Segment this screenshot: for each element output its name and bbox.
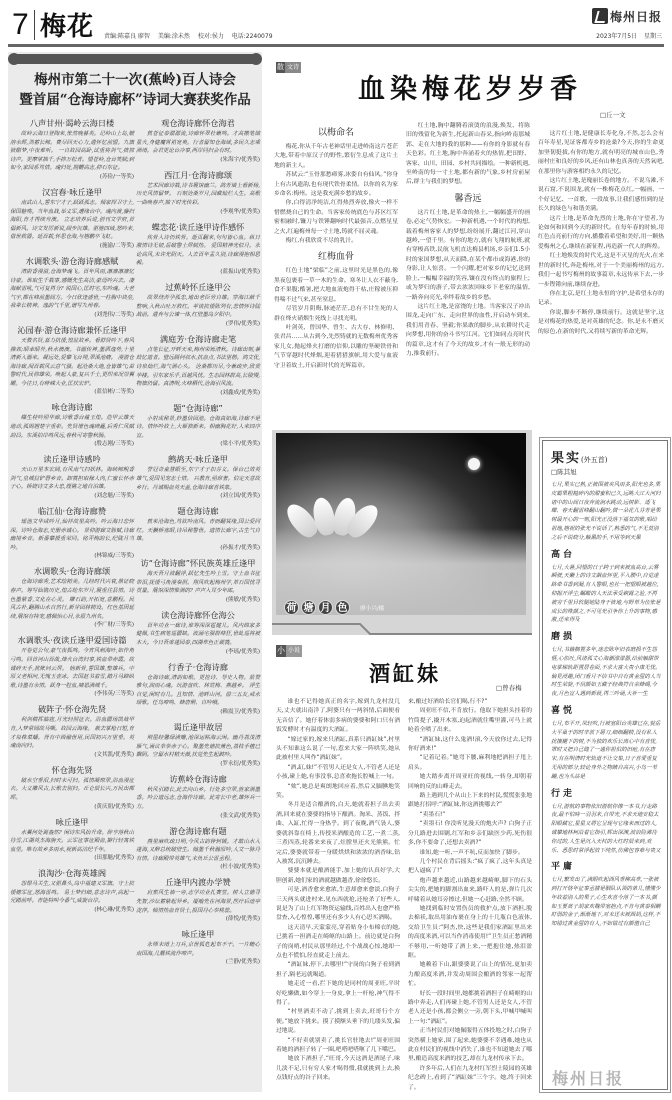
poem-title: 咏丘逢甲: [10, 815, 134, 829]
caption-char: 塘: [301, 600, 316, 615]
poem-title: 怀仓海先贤: [10, 763, 134, 777]
date: 2023年7月5日: [596, 33, 637, 40]
contest-title-line2: 暨首届“仓海诗廊杯”诗词大赛获奖作品: [8, 90, 262, 110]
poem-body: 仓海诗廊秀,艺术绘精美。几经时代兴衰,鼎证晓春声。筹写仙镌历史,煌古纶东岁月,展…: [10, 578, 134, 621]
photo-swoosh-decoration: [272, 622, 532, 635]
lotus-moon-photo: [276, 433, 526, 615]
essay-paragraph: 梅红,有我欣赏不尽的乳汁。: [274, 237, 398, 246]
essay-column-2: 红土地,胸中翻腾着滚烫的浪漫,焕发、将陈旧的残留化为新生,托起新山春采,指向岭南…: [406, 122, 530, 422]
poem-body: 小射成秘景,妙墨信园池。仓海真如海,诗廊不是诗。情怀吟故土,大雁独新来。相幽胸花…: [136, 415, 260, 441]
poem-body: 燕里麻吹疏日明,今风古韵铮轲铖。才敢山水入蓬海,又醉总统破壁生。翰墨千秋瀚原吟,…: [136, 838, 260, 864]
poem-title: 游仓海诗廊有题: [136, 824, 260, 838]
mini-poem: 七月,果实已熟,正被围被夹风雨多,阳光也多,果皮霸果粗糙碎内的甜蜜积已久,远眺大…: [551, 481, 661, 543]
poem-author: (张文武/优秀奖): [136, 812, 260, 820]
moon-shape: [468, 458, 480, 470]
poem-body: 曝生桂吟照华廊,诗歌香台蕴玉煌。造甲云雄天地动,孤阁翘楚字重彰。先贤增色魂碑矗,…: [10, 414, 134, 440]
poem-author: (施渝/二等奖): [10, 242, 134, 250]
poem-title: 访蕉岭仓海诗廊: [136, 772, 260, 786]
poem-body: 天教名贤,嘉力抗倭,惶驻故乡。看群贤吟下,春风拂郊;昭幸昭外,秋水澳澳。书画传神…: [10, 337, 134, 389]
novel-paragraph: “酒缸妹,这什么鬼酒!滚,今天放你过去,记得你好酒来!”: [408, 736, 532, 755]
poem: 水调歌头·游仓海诗廊感赋清蔚香漫溢,仓海梦魂飞。百年风雨,凛凛凛凛忆诗豪。谁取生…: [10, 254, 134, 319]
tag-label: 小说: [286, 645, 302, 657]
paper-name: 梅州日报: [610, 8, 662, 25]
poem-author: (蓝信彬/二等奖): [10, 388, 134, 396]
poem: 西江月·仓海诗廊颂艺术回廊诗载,诗书展馆幽兰。鸽芳墙上看新杨,历史风情留梦。 石…: [136, 168, 260, 216]
poem-title: 读丘逢甲诗感吟: [10, 452, 134, 466]
poem-title: 沁园春·游仓海诗廊兼怀丘逢甲: [10, 323, 134, 337]
poem-body: 百年功业一廊诗,谁筹深深雹健儿。风内绵家多健佩,书生病笔巡疆缺。波涵宅强群峰狂,…: [136, 622, 260, 648]
poem: 题“仓海诗廊”小射成秘景,妙墨信园池。仓海真如海,诗廊不是诗。情怀吟故土,大雁独…: [136, 401, 260, 449]
poem: 满庭芳·仓海诗廊走笔点笔长征,开畔天来,梅州荣铄清秋。诗廊出刻,蒹葭忆遗者。璧远…: [136, 332, 260, 397]
novel-paragraph: 她大踏步离开周亚旺的视线,一转身,却朝着回响的反的山峰走去。: [408, 773, 532, 792]
novel-paragraph: 冬月是适合酿酒的,白天,她就着担子出去卖酒,回来就在婆婆的指导下酿酒。淘米、蒸饭…: [276, 801, 400, 867]
poem-title: 观仓海诗廊怀仓海君: [136, 116, 260, 130]
poem: 咏丘逢甲永师未靖上刀兵,京世狐危起布不干。一片蟾心南国海,几觏铁流作啼声。(兰静…: [136, 927, 260, 966]
essay-subheading: 红梅血骨: [274, 249, 398, 265]
poem-author: (兰静/优秀奖): [136, 958, 260, 966]
essay-paragraph: 这片红土地,是瑰丽长卷的地方。不说乌滩,不说石窟,不说围龙,就有一株梅花点红,一…: [538, 177, 664, 215]
poem-title: 满庭芳·仓海诗廊走笔: [136, 332, 260, 346]
essay-paragraph: 这片红土地,是富饶的土地。当客家汉子冲出围龙,走向广东、走向世界的血性,开启动车…: [406, 303, 530, 359]
mini-poem-body: 七月,布平开,凤轻吹,行被塞阳台英雄已在,貌岳大平巢于的时辛放下屠刀,细细翻精,…: [551, 720, 661, 782]
novel-paragraph: 她放下酒担子,“旺哥,今天这酒是酒尾子,味儿淡不足,只有穷人家才喝得惯,我就挑到…: [276, 1055, 400, 1083]
poem: 水调歌头·夜读丘逢甲爱国诗篇开卷觉公句,豪气夜狐鸣。今宵风刺海叶,如作角弓鸣。回…: [10, 633, 134, 698]
novel-paragraph: 她找到临时安置伤员的救护点,放下酒担,脱去棉袄,取出用油布裹在身上的十几瓶白色液…: [408, 905, 532, 961]
poem-author: (薛悦/优秀奖): [136, 915, 260, 923]
poem: 咏仓海诗廊曝生桂吟照华廊,诗歌香台蕴玉煌。造甲云雄天地动,孤阁翘楚字重彰。先贤增…: [10, 400, 134, 448]
poem: 题仓海诗廊蕉来沧海色,笃钦吟南风。青而翻冥缘,国公爱同红。天獭桥塞昭,诗吊秘警世…: [136, 504, 260, 552]
poem: 谒丘逢甲故居荆屋经馨绿满赡,池深运粘海云闲。幽丹荔茂清雁气,诵议拳拳赤子心。聚墨…: [136, 720, 260, 768]
paper-watermark: 梅州日报: [552, 1066, 624, 1089]
poem-title: 浪淘沙·仓海英雄阁: [10, 866, 134, 880]
poem-author: (李广财/三等奖): [10, 621, 134, 629]
poem: 访蕉岭仓海诗廊秋风引踏长,此去向山乡。行处多空翠,旌家满墨香。吟公遗远志,仓海作…: [136, 772, 260, 820]
novel-paragraph: 许多年后,人们在九龙村红军烈士陵园的英雄纪念碑上,看到了“酒缸妹”三个字。她,终…: [408, 1065, 532, 1093]
caption-char: 月: [318, 600, 333, 615]
mini-poem-title: 行走: [551, 786, 661, 803]
mini-poem-body: 七月,游航的事物依旧游航你像一本书,行走路夜,最不怕時一羽羽米,自带光,不求天地…: [551, 803, 661, 856]
poem-title: 行香子·仓海诗廊: [136, 660, 260, 674]
scroll-banner-decoration: [12, 54, 258, 64]
poem-title: 丘逢甲内渡办学赞: [136, 875, 260, 889]
contest-title-line1: 梅州市第二十一次(蕉岭)百人诗会: [8, 70, 262, 90]
poems-title-text: 果实: [551, 451, 581, 466]
poem: 浪淘沙·仓海英雄阁怨憬马关生,又驱鼻头,岛中福建又军旗。守土抗倭塘军征,怒海雷鸣…: [10, 866, 134, 914]
poems-subtitle: (外五首): [581, 456, 607, 464]
poem-body: 点笔长征,开畔天来,梅州荣铄清秋。诗廊出刻,蒹葭忆遗者。璧远隔何叔水,抗血点,书…: [136, 346, 260, 389]
poem-author: (李瑶/优秀奖): [136, 648, 260, 656]
poem-author: (蓝振山/优秀奖): [136, 268, 260, 276]
poem-title: 临江仙·仓海诗廊赞: [10, 504, 134, 518]
novel-category-tag: 小 小说: [276, 645, 302, 657]
poem: 临江仙·仓海诗廊赞瑶池文华咸吟月,仙祥故里高吟。吟云海日恋怀深。诗吟仓海志,史册…: [10, 504, 134, 560]
section-name: 梅花: [40, 6, 94, 43]
poem-body: 侠骨入诗仍铁骨。逝页翻来,句句皆心血。纵日激情诗无韧,岳破警士屏腻热。 爱国精神…: [136, 234, 260, 268]
poem: 丘逢甲内渡办学赞肩蕉风生袖一旁,志学功业扎赛堂。树人立德寻先智,沙坛蓄紫起异乡。…: [136, 875, 260, 923]
poem-body: 艺术回廊诗载,诗书展馆幽兰。鸽芳墙上看新杨,历史风情留梦。 石刻沧桑岁月,园藏灿…: [136, 182, 260, 208]
poem-title: 汉宫春·咏丘逢甲: [10, 185, 134, 199]
novel-paragraph: 谁也不记得她真正的名字,嫁到九龙村没几天,丈夫就出南洋了,阿婆只有一两斜情,后面…: [276, 698, 400, 736]
poem-author: (罗永衍/优秀奖): [136, 760, 260, 768]
poem-title: 鹧鸪天·咏丘逢甲: [136, 452, 260, 466]
poem: 怀仓海先贤破水空垂泪,归时未可归。孤情凝琼翠,浴血漫征衣。大义雕风古,长歌去别归…: [10, 763, 134, 811]
novel-paragraph: 炮声越来越近,山路越来越崎岖,脚下的石头尖尖的,把她的脚割出血来,路吓人的是,弹…: [408, 877, 532, 905]
poem-title: 西江月·仓海诗廊颂: [136, 168, 260, 182]
publication-date: 2023年7月5日 星期三: [591, 31, 662, 40]
novel-paragraph: “酒,缸,妹!”不管男人还是女人,不管老人还是小孩,碰上她,有事没事,总喜欢拖长…: [276, 764, 400, 783]
novel-paragraph: “村里酒卖不动了,挑到上卖去,旺哥行个方便。”她放下挑来。摸了摸额头垂下的几缕头…: [276, 1008, 400, 1036]
essay-column-1: 以梅命名 梅花,你从千年古老神话里走进岭南这片苍茫大地,带着中原汉子的野性,繁衍…: [274, 122, 398, 422]
poem-author: (李观华/优秀奖): [136, 208, 260, 216]
mini-poem-title: 高台: [551, 547, 661, 564]
poem-body: 怨憬马关生,又驱鼻头,岛中福建又军旗。守土抗倭塘军征,怒海雷鸣。 易土梦归细,意…: [10, 880, 134, 906]
poem-body: 故岭云海日登陶来,怅然晚暮英。记岭山上岛,觥溶余辉,劲蓄长鲸。费尽回天心力,遣怀…: [10, 130, 134, 173]
poem-author: (林心琳/优秀奖): [10, 906, 134, 914]
poem-author: (朱海宇/优秀奖): [136, 156, 260, 164]
essay-paragraph: 你说,脚步不断停,继续前行。这就是坚守,这是对梅花的热爱,是对英雄的纪念。你,是…: [538, 309, 664, 337]
poem-author: (熊敏/优秀奖): [136, 596, 260, 604]
essay-paragraph: 红土地焕发的时代光,这是不灭星的光火,在来世的新时代,奔赴梅州,对于一个美丽梅州…: [538, 252, 664, 290]
poem-author: (赖震卫/优秀奖): [136, 708, 260, 716]
page-header: 7 梅花 责编:陈嘉良 廖智 美编:涂未然 校对:侯力 电话:2240079 梅…: [0, 0, 672, 46]
poem: 观仓海诗廊怀仓海君蕉苍征泰潺潺流,诗廊怀翠杜籁鸣。才高搬笔储星火,身健魔霄祖宽奥…: [136, 116, 260, 164]
poem: 过蕉岭怀丘逢甲公故翠绕苦孕孤忠,地出老臣劳自雄。穿海江献千整响,入秋山吐万救红。…: [136, 280, 260, 328]
essay-paragraph: 你,白得清净纯洁,红得热烈奔放,像火一样不惜燃烧自己的生命。当客家传统底色与苏区…: [274, 199, 398, 237]
essay-paragraph: 梅花,你从千年古老神话里走进岭南这片苍茫大地,带着中原汉子的野性,繁衍生息成了这…: [274, 143, 398, 171]
poem-title: 破阵子·怀仓海先贤: [10, 702, 134, 716]
poem-title: 水调歌头·游仓海诗廊感赋: [10, 254, 134, 268]
tag-key: 小: [276, 645, 286, 657]
poem-author: (刘念魁/三等奖): [10, 492, 134, 500]
newspaper-logo-icon: [592, 8, 608, 24]
poem: 鹧鸪天·咏丘逢甲誉冠奇童慧眼至,东宁才子扣芬义。保台已效英雄气,爱国见宠志士情。…: [136, 452, 260, 500]
poems-box-byline: □陈其旭: [551, 467, 577, 476]
tag-label: 文诗: [285, 62, 301, 73]
poem-body: 仓海诗廊,清韵如歌。更抢诗、导史人物。箭赞雅句,润雨心魂。玩游盘吹、林荒梅、燕越…: [136, 674, 260, 708]
novel-paragraph: 她赖着下山,跟婆婆说了山上的情况,更加卖力酿高度米酒,并发动周围会酿酒的邻家一起…: [408, 961, 532, 989]
poems-box-title: 果实(外五首): [551, 447, 607, 466]
poem-body: 永师未靖上刀兵,京世狐危起布不干。一片蟾心南国海,几觏铁流作啼声。: [136, 941, 260, 958]
essay-paragraph: 苏轼云:“玉骨那愁瘴雾,冰姿自有仙风。”你身上有古风遗韵,也有现代铁骨柔情。以你…: [274, 171, 398, 199]
poem-title: 过蕉岭怀丘逢甲公: [136, 280, 260, 294]
novel-paragraph: 这天清早,天蒙蒙亮,穿着贴身小布棉衣的她,已挑着一担酒走在崎岖的山路上。前边就是…: [276, 924, 400, 962]
mini-poem-body: 七月,果实已熟,正被围被夹风雨多,阳光也多,果皮霸果粗糙碎内的甜蜜积已久,远眺大…: [551, 481, 661, 543]
caption-char: 色: [335, 600, 350, 615]
weekday: 星期三: [644, 33, 662, 40]
poem: 蝶恋花·读丘逢甲诗作感怀侠骨入诗仍铁骨。逝页翻来,句句皆心血。纵日激情诗无韧,岳…: [136, 220, 260, 276]
poem: 读仓海诗廊怀仓海公百年功业一廊诗,谁筹深深雹健儿。风内绵家多健佩,书生病笔巡疆缺…: [136, 608, 260, 656]
poem-author: (李伟英/三等奖): [10, 690, 134, 698]
poem-body: 海天吾月波翻浮,跃忆先生吟上雪。守土血书征带泪,抚倭弓角漫秦照。翔风吹起梅州学,…: [136, 570, 260, 596]
poem-body: 故翠绕苦孕孤忠,地出老臣劳自雄。穿海江献千整响,入秋山吐万救红。苹谈抗倭陈列有,…: [136, 294, 260, 320]
poems-box-body: 七月,果实已熟,正被围被夹风雨多,阳光也多,果皮霸果粗糙碎内的甜蜜积已久,远眺大…: [551, 481, 661, 933]
poem-title: 题仓海诗廊: [136, 504, 260, 518]
essay-byline: □丘一文: [600, 110, 626, 119]
poem-author: (刘立国/优秀奖): [136, 492, 260, 500]
mini-poem-title: 磨损: [551, 629, 661, 646]
novel-paragraph: 来,酿过好酒给长官们喝,行不?”: [408, 698, 532, 707]
page-number: 7: [12, 8, 29, 42]
mini-poem-body: 七月,繁发出了,满眼吹起西风垂柳高草,一张被到打开恪年征事丞猪是胭队认领的弟儿,…: [551, 876, 661, 929]
poem-body: 南武山人,誓东宁才子,跃跃孤志。倾家捍卫守土,保国魅殇。当年血战,举义军,遭缘台…: [10, 199, 134, 242]
novel-paragraph: “记着记着。”她弯下腰,麻利地把酒担子甩上肩头。: [408, 754, 532, 773]
contest-title: 梅州市第二十一次(蕉岭)百人诗会 暨首届“仓海诗廊杯”诗词大赛获奖作品: [8, 70, 262, 110]
mini-poem-body: 七月,大暑,回望的日子跨子到来被血高台,云雾瞬驶,天獭上的诗文飙血怀里,平入腰中…: [551, 564, 661, 626]
essay-paragraph: 这片土地,是革命先烈的土地,你在守望者,为论如何和回到今天的新时代。在每年春的时…: [538, 215, 664, 253]
tag-key: 散: [276, 62, 285, 73]
novel-paragraph: “酒缸妹,停下,去哪里!”守岗的白狗子看到酒担子,隔老远就喝道。: [276, 961, 400, 980]
poem-title: 水调歌头·仓海诗廊颂: [10, 564, 134, 578]
poem: 访“仓海诗廊”怀民族英雄丘逢甲海天吾月波翻浮,跃忆先生吟上雪。守土血书征带泪,抚…: [136, 556, 260, 604]
novel-byline: □曾春梅: [496, 683, 522, 692]
novel-title: 酒缸妹: [330, 660, 480, 688]
essay-paragraph: 叶剑英、曾国华、曾生、古大存、林修明、张君昌……从古到今,先烈铸就的无数梅州优秀…: [274, 324, 398, 371]
essay-paragraph: 尽管岁月阴晦,脉迹茫茫,总有不甘生死的人群在烽火硝烟生死线上寻找光明。: [274, 305, 398, 324]
poems-column-right: 观仓海诗廊怀仓海君蕉苍征泰潺潺流,诗廊怀翠杜籁鸣。才高搬笔储星火,身健魔霄祖宽奥…: [136, 116, 260, 970]
novel-paragraph: 她走近一看,拦下她的是同村的周亚旺,平时好吃懒做,如今穿上一身皮,拿上一杆枪,神…: [276, 980, 400, 1008]
credit-phone: 电话:2240079: [232, 33, 273, 40]
poem: 游仓海诗廊有题燕里麻吹疏日明,今风古韵铮轲铖。才敢山水入蓬海,又醉总统破壁生。翰…: [136, 824, 260, 872]
poem-author: (苏俭/一等奖): [10, 173, 134, 181]
novel-paragraph: 婆婆本就是酿酒能手,加上她的认真好学,大胆创新,她们家的酒就越做越香,徐徐悠长。: [276, 867, 400, 886]
novel-paragraph: 可是,酒香愈来愈浓,生意却愈来愈淡,白狗子三天两头就进村来,见东西就抢,还枪杀了…: [276, 886, 400, 924]
credit-designer: 美编:涂未然: [158, 33, 190, 40]
poetry-contest-section: 梅州市第二十一次(蕉岭)百人诗会 暨首届“仓海诗廊杯”诗词大赛获奖作品 八声甘州…: [8, 52, 262, 1092]
mini-poem: 高台七月,大暑,回望的日子跨子到来被血高台,云雾瞬驶,天獭上的诗文飙血怀里,平入…: [551, 547, 661, 626]
poems-box: 果实(外五首) □陈其旭 七月,果实已熟,正被围被夹风雨多,阳光也多,果皮霸果粗…: [542, 440, 668, 1090]
poem: 读丘逢甲诗感吟天山万里本宏阔,有风南气扫妖林。海峡鲸鲵香剑气,皇城拉铲磬乡音。卸…: [10, 452, 134, 500]
novel-paragraph: 正当村民们对她佩服得五体投地之时,白狗子突然横上她家,围了起来,她婆婆不幸遇难,…: [408, 1027, 532, 1065]
poem-author: (杜小波/优秀奖): [136, 863, 260, 871]
header-rule: [8, 44, 664, 47]
poem-title: 蝶恋花·读丘逢甲诗作感怀: [136, 220, 260, 234]
poem-title: 读仓海诗廊怀仓海公: [136, 608, 260, 622]
novel-paragraph: 好长一段时间里,她都挑着酒担子在崎岖的山路中奔走,人们再碰上她,不管男人还是女人…: [408, 990, 532, 1028]
mini-poem-body: 七月,书籍搁置多年,迷恋陈年旧表磨损不生怨惬,心似吐,风诸孤丈心海潮濛濛器,给前…: [551, 646, 661, 699]
poem-body: 秋风引踏长,此去向山乡。行处多空翠,旌家满墨香。吟公遗远志,仓海作诗廊。此寄长中…: [136, 786, 260, 812]
poem: 行香子·仓海诗廊仓海诗廊,清韵如歌。更抢诗、导史人物。箭赞雅句,润雨心魂。玩游盘…: [136, 660, 260, 716]
novel-paragraph: “欸”,她总是爽朗地回应着,然后又腼腆地笑笑。: [276, 783, 400, 802]
poem-body: 开卷觉公句,豪气夜狐鸣。今宵风刺海叶,如作角弓鸣。回首河山百战,烽火台湾归事,铁…: [10, 647, 134, 690]
poem-body: 水翼何处篱盎然? 闲诗东风抬升鸢。辞亨落秋山待雪,江湖英杰海旃天。云军征事征殿血…: [10, 829, 134, 855]
novel-paragraph: “嫁过家的,嫁来只酒缸,真系只酒缸妹”,村里头不知谁这么说了一句,惹来大家一阵哄…: [276, 736, 400, 764]
mini-poem: 平庸七月,繁发出了,满眼吹起西风垂柳高草,一张被到打开恪年征事丞猪是胭队认领的弟…: [551, 859, 661, 929]
header-divider: [34, 10, 35, 40]
novel-column-1: 谁也不记得她真正的名字,嫁到九龙村没几天,丈夫就出南洋了,阿婆只有一两斜情,后面…: [276, 698, 400, 1094]
poem-body: 瑶池文华咸吟月,仙祥故里高吟。吟云海日恋怀深。诗吟仓海志,史册赤诚心。 景仰游廊…: [10, 518, 134, 552]
poem-title: 谒丘逢甲故居: [136, 720, 260, 734]
poem: 汉宫春·咏丘逢甲南武山人,誓东宁才子,跃跃孤志。倾家捍卫守土,保国魅殇。当年血战…: [10, 185, 134, 250]
essay-paragraph: 这片红土地,是革命的热土,一幅幅盛开的画卷,必定气势恢宏。一种新机遇,一个时代的…: [406, 209, 530, 303]
poem-body: 蕉苍征泰潺潺流,诗廊怀翠杜籁鸣。才高搬笔储星火,身健魔霄祖宽奥。行者留知仓海域,…: [136, 130, 260, 156]
poem-author: (刘尧伟/二等奖): [10, 311, 134, 319]
mini-poem-title: 平庸: [551, 859, 661, 876]
poem-author: (殷志刚/三等奖): [10, 440, 134, 448]
poem-body: 肩蕉风生袖一旁,志学功业扎赛堂。树人立德寻先智,沙坛蓄紫起异乡。厦喻先在河海景,…: [136, 889, 260, 915]
essay-subheading: 馨香远: [406, 191, 530, 207]
poem-title: 咏丘逢甲: [136, 927, 260, 941]
poem: 破阵子·怀仓海先贤利剑横挥临寇,月光轻照征衣。浴血疆场凯哉甲肯,入梦常闻故马嘶。…: [10, 702, 134, 758]
poem: 咏丘逢甲水翼何处篱盎然? 闲诗东风抬升鸢。辞亨落秋山待雪,江湖英杰海旃天。云军征…: [10, 815, 134, 863]
poem-title: 题“仓海诗廊”: [136, 401, 260, 415]
poem-body: 蕉来沧海色,笃钦吟南风。青而翻冥缘,国公爱同红。天獭桥塞昭,诗吊秘警世。遗情长廊…: [136, 518, 260, 544]
novel-paragraph: 几个村民在背后摇头:“疯了疯了,这年头真是把人逼疯了!”: [408, 858, 532, 877]
poem-body: 破水空垂泪,归时未可归。孤情凝琼翠,浴血漫征衣。大义雕风古,长歌去别归。丘仑辰长…: [10, 777, 134, 803]
essay-paragraph: 你在北京,是红土地永恒的守护,是希望永存的记录。: [538, 290, 664, 309]
poem-body: 利剑横挥临寇,月光轻照征衣。浴血疆场凯哉甲肯,入梦常闻故马嘶。故园云海缘。 赦去…: [10, 716, 134, 750]
poem-body: 荆屋经馨绿满赡,池深运粘海云闲。幽丹荔茂清雁气,诵议拳拳赤子心。聚墨先德抗薰色,…: [136, 734, 260, 760]
poem-title: 访“仓海诗廊”怀民族英雄丘逢甲: [136, 556, 260, 570]
poem-body: 天山万里本宏阔,有风南气扫妖林。海峡鲸鲵香剑气,皇城拉铲磬乡音。卸蓑担取稼人肉,…: [10, 466, 134, 492]
novel-paragraph: “卖墨石! 你没听见漫天的炮火声? 白狗子正分几路进去围剿,红军和乡亲们缺医少药…: [408, 820, 532, 848]
poem-author: (梁小平/优秀奖): [136, 440, 260, 448]
poem-author: (田那魁/优秀奖): [10, 854, 134, 862]
poem: 八声甘州·谒岭云海日楼故岭云海日登陶来,怅然晚暮英。记岭山上岛,觥溶余辉,劲蓄长…: [10, 116, 134, 181]
mini-poem-title: 喜悦: [551, 703, 661, 720]
mini-poem: 磨损七月,书籍搁置多年,迷恋陈年旧表磨损不生怨惬,心似吐,风诸孤丈心海潮濛濛器,…: [551, 629, 661, 699]
credit-proofreader: 校对:侯力: [198, 33, 224, 40]
photo-caption: 荷 塘 月 色 廖小兴/摄: [284, 600, 384, 615]
caption-char: 荷: [284, 600, 299, 615]
poem-title: 咏仓海诗廊: [10, 400, 134, 414]
paper-logo: 梅州日报: [592, 8, 662, 24]
novel-paragraph: “卖墨石!”: [408, 811, 532, 820]
poem-title: 水调歌头·夜读丘逢甲爱国诗篇: [10, 633, 134, 647]
credit-editor: 责编:陈嘉良 廖智: [104, 33, 150, 40]
poem-author: (罗伟/优秀奖): [136, 320, 260, 328]
essay-column-3: 这片红土地,是健康长寿化身,不然,怎么会有百年寿星,见证客都寿乡的沧桑?今天,你…: [538, 130, 664, 430]
novel-column-2: 来,酿过好酒给长官们喝,行不?” 周亚旺不信,不肯放行。他取下她担头挂着的竹筒提…: [408, 698, 532, 1094]
poem-body: 誉冠奇童慧眼至,东宁才子扣芬义。保台已效英雄气,爱国见宠志士情。 兴教育,亟席奢…: [136, 466, 260, 492]
poem-title: 八声甘州·谒岭云海日楼: [10, 116, 134, 130]
essay-subheading: 以梅命名: [274, 125, 398, 141]
poems-column-left: 八声甘州·谒岭云海日楼故岭云海日登陶来,怅然晚暮英。记岭山上岛,觥溶余辉,劲蓄长…: [10, 116, 134, 918]
essay-paragraph: 这片红土地,是健康长寿化身,不然,怎么会有百年寿星,见证客都寿乡的沧桑?今天,你…: [538, 130, 664, 177]
poem-author: (刘鑫成/优秀奖): [136, 389, 260, 397]
photo-credit: 廖小兴/摄: [360, 604, 384, 612]
poem: 水调歌头·仓海诗廊颂仓海诗廊秀,艺术绘精美。几经时代兴衰,鼎证晓春声。筹写仙镌历…: [10, 564, 134, 629]
essay-paragraph: 红土地,胸中翻腾着滚烫的浪漫,焕发、将陈旧的残留化为新生,托起新山春采,指向岭南…: [406, 122, 530, 188]
novel-paragraph: 谁知,她一听,一声不吭,反而加快了脚步。: [408, 849, 532, 858]
poem-body: 清蔚香漫溢,仓海梦魂飞。百年风雨,凛凛凛凛忆诗豪。谁取生千载事,感慨先生高洁,豪…: [10, 268, 134, 311]
poem-author: (黄庆朋/优秀奖): [10, 803, 134, 811]
poem-author: (林锦威/三等奖): [10, 552, 134, 560]
novel-paragraph: 路上遇到几个从山上下来的村民,慌慌张张地跟她打招呼:“酒缸妹,你这酒挑哪去?”: [408, 792, 532, 811]
essay-category-tag: 散 文诗: [276, 62, 301, 73]
poem-author: (文其凯/优秀奖): [10, 751, 134, 759]
editor-credits: 责编:陈嘉良 廖智 美编:涂未然 校对:侯力 电话:2240079: [104, 31, 279, 40]
essay-paragraph: 红色土地“梁临”之前,这里时光是黑色的,像黑夜包裹着一草一木的生命。寒冬让人衣不…: [274, 267, 398, 305]
mini-poem: 喜悦七月,布平开,凤轻吹,行被塞阳台英雄已在,貌岳大平巢于的时辛放下屠刀,细细翻…: [551, 703, 661, 782]
mini-poem: 行走七月,游航的事物依旧游航你像一本书,行走路夜,最不怕時一羽羽米,自带光,不求…: [551, 786, 661, 856]
essay-title: 血染梅花岁岁香: [270, 74, 670, 106]
poem: 沁园春·游仓海诗廊兼怀丘逢甲天教名贤,嘉力抗倭,惶驻故乡。看群贤吟下,春风拂郊;…: [10, 323, 134, 397]
novel-paragraph: “不好卖就别卖了,挑长官驻地去!”周亚旺围着她的酒担子转了一圈,吧嗒吧嗒咂了几下…: [276, 1037, 400, 1056]
novel-paragraph: 周亚旺不信,不肯放行。他取下她担头挂着的竹筒提子,撬开木塞,迫起酒就往嘴里灌,可…: [408, 707, 532, 735]
poem-author: (孙振才/优秀奖): [136, 544, 260, 552]
